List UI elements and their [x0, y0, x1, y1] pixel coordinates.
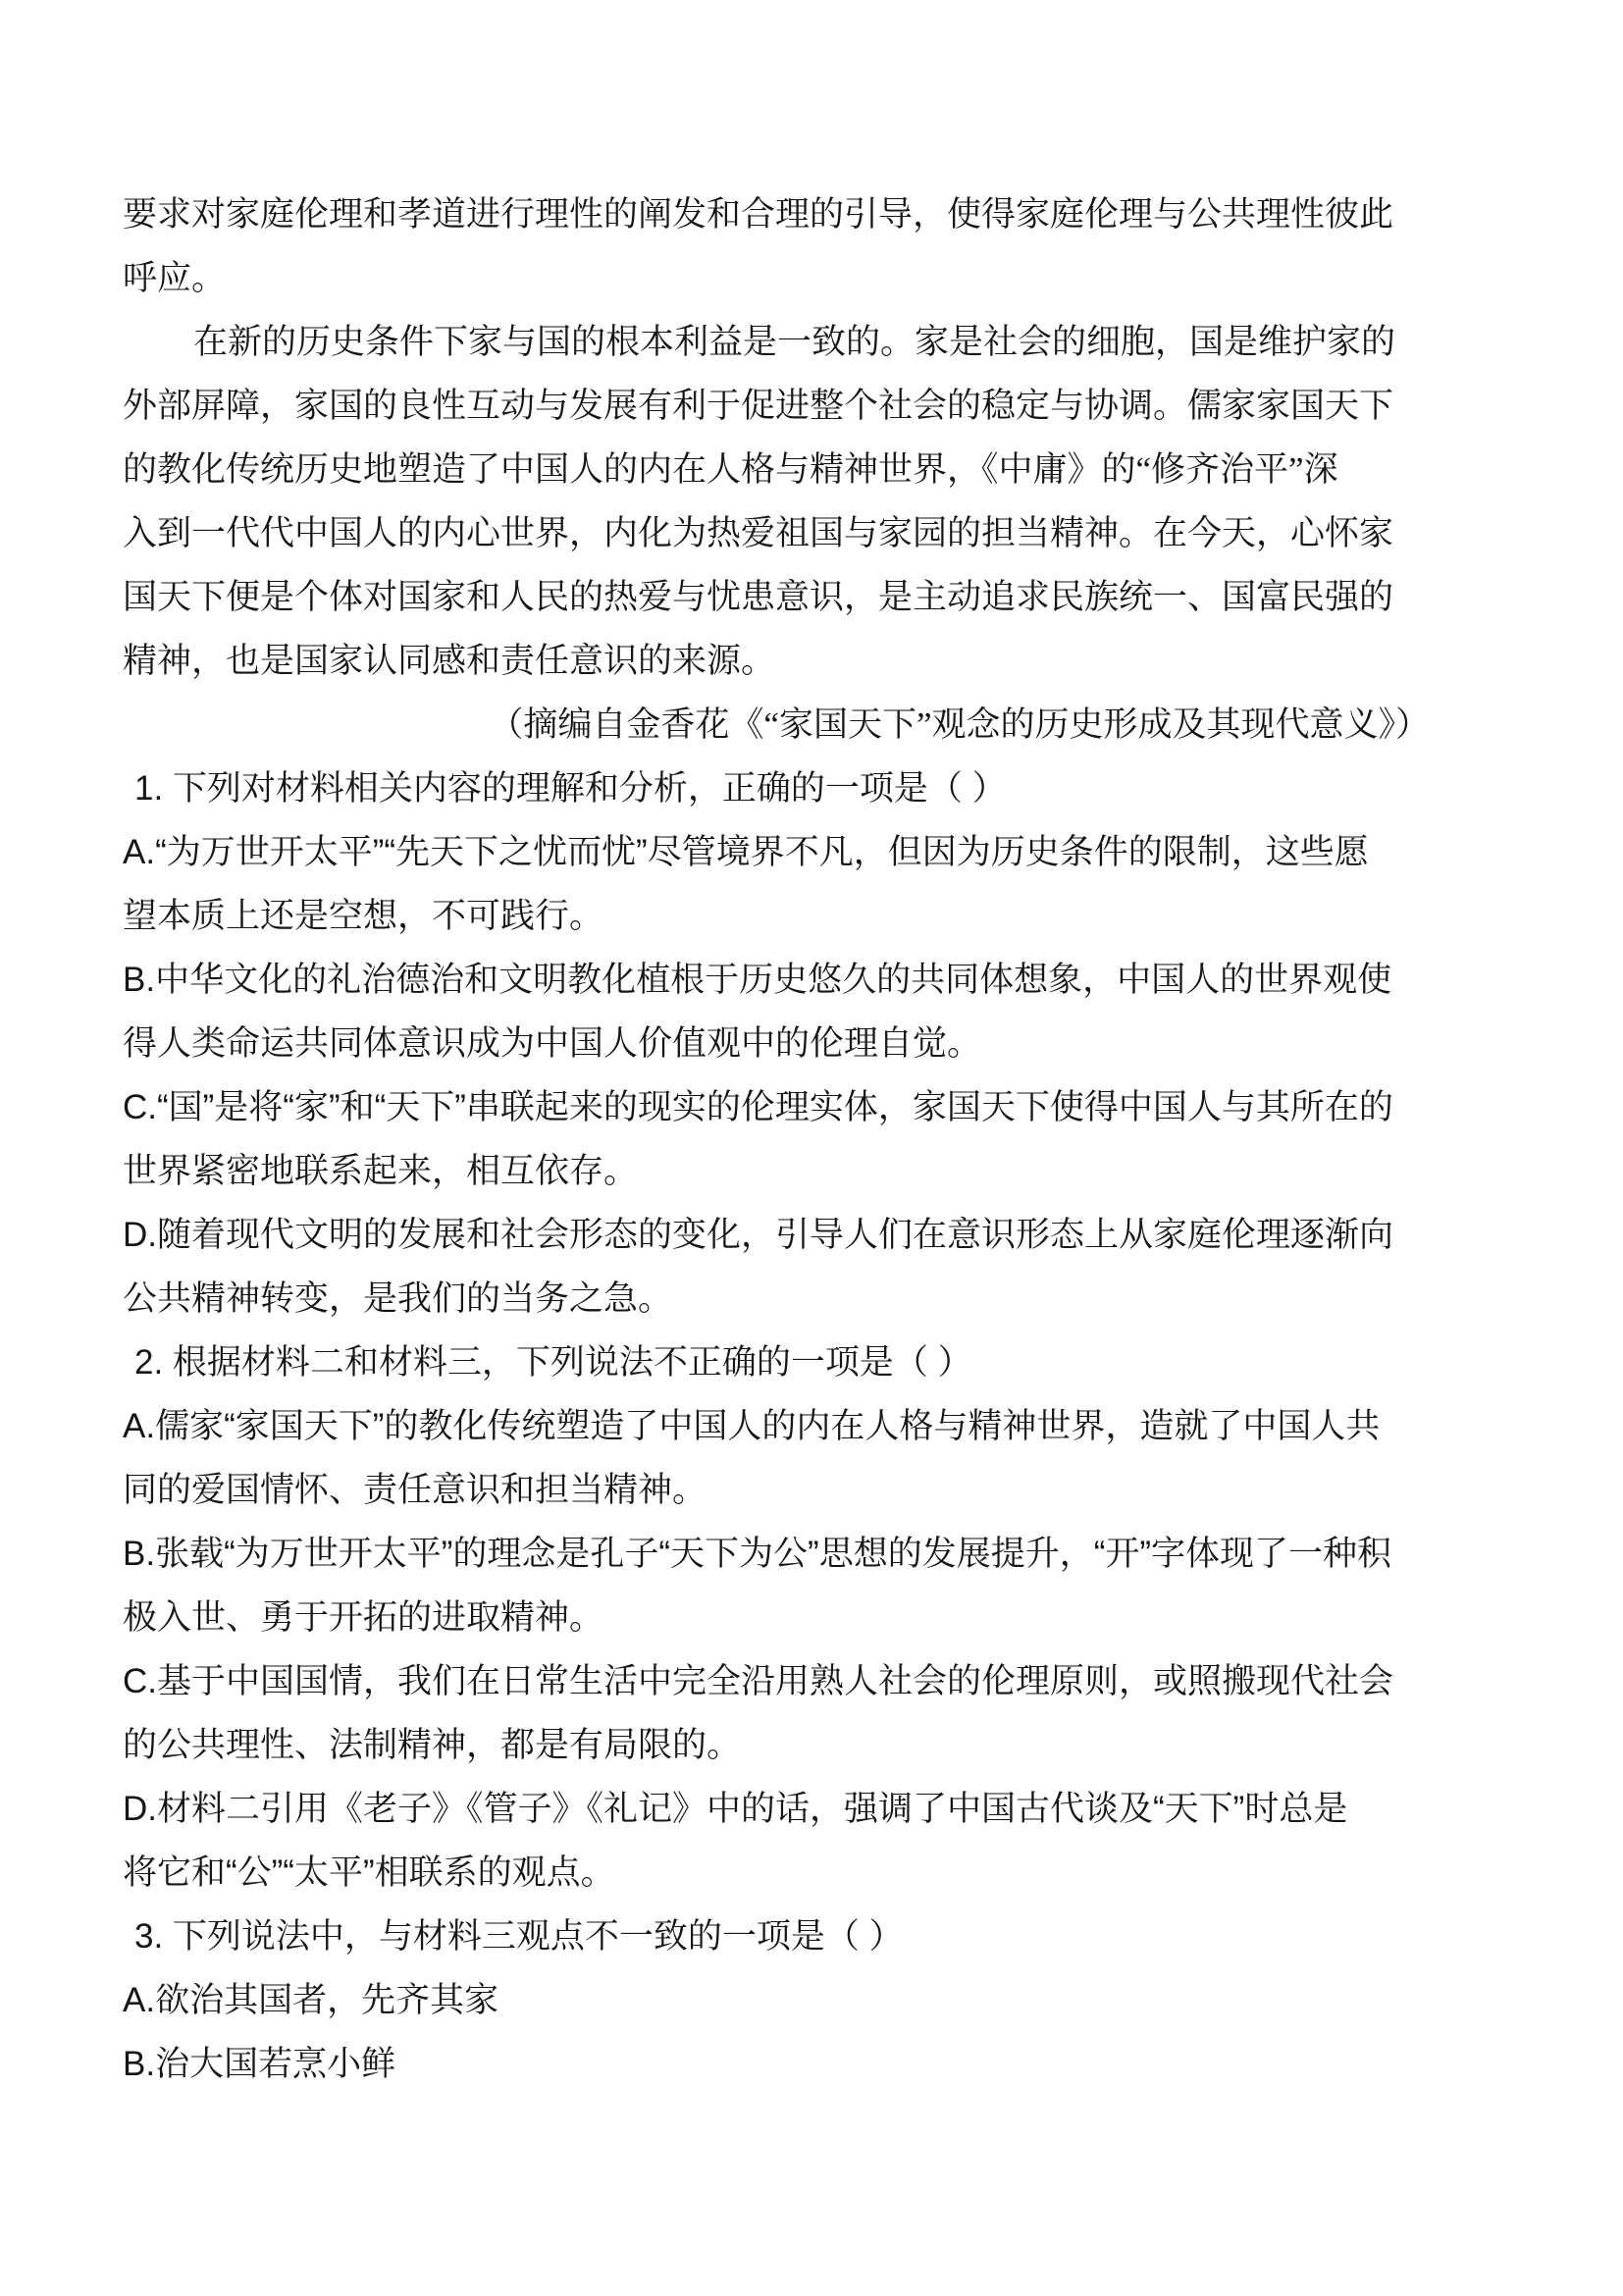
question-1-option-a-line: A.“为万世开太平”“先天下之忧而忧”尽管境界不凡，但因为历史条件的限制，这些愿	[123, 820, 1430, 884]
question-1-option-d-line: 公共精神转变，是我们的当务之急。	[123, 1267, 1430, 1331]
question-1-option-c-line: C.“国”是将“家”和“天下”串联起来的现实的伦理实体，家国天下使得中国人与其所…	[123, 1075, 1430, 1139]
question-2-option-d-line: D.材料二引用《老子》《管子》《礼记》中的话，强调了中国古代谈及“天下”时总是	[123, 1777, 1430, 1841]
question-2-option-a-line: 同的爱国情怀、责任意识和担当精神。	[123, 1458, 1430, 1522]
passage-line: 的教化传统历史地塑造了中国人的内在人格与精神世界，《中庸》的“修齐治平”深	[123, 438, 1430, 501]
attribution-line: （摘编自金香花《“家国天下”观念的历史形成及其现代意义》）	[123, 693, 1430, 757]
question-2-option-b-line: B.张载“为万世开太平”的理念是孔子“天下为公”思想的发展提升，“开”字体现了一…	[123, 1522, 1430, 1586]
passage-line: 外部屏障，家国的良性互动与发展有利于促进整个社会的稳定与协调。儒家家国天下	[123, 374, 1430, 438]
question-2-option-d-line: 将它和“公”“太平”相联系的观点。	[123, 1841, 1430, 1905]
passage-line: 呼应。	[123, 246, 1430, 310]
question-2-option-c-line: C.基于中国国情，我们在日常生活中完全沿用熟人社会的伦理原则，或照搬现代社会	[123, 1649, 1430, 1713]
question-3-stem: 3. 下列说法中，与材料三观点不一致的一项是（ ）	[123, 1905, 1430, 1968]
question-1-option-c-line: 世界紧密地联系起来，相互依存。	[123, 1139, 1430, 1203]
question-3-option-a-line: A.欲治其国者，先齐其家	[123, 1968, 1430, 2032]
passage-line: 入到一代代中国人的内心世界，内化为热爱祖国与家园的担当精神。在今天，心怀家	[123, 501, 1430, 565]
question-1-option-a-line: 望本质上还是空想，不可践行。	[123, 884, 1430, 948]
question-2-option-b-line: 极入世、勇于开拓的进取精神。	[123, 1586, 1430, 1649]
question-3-option-b-line: B.治大国若烹小鲜	[123, 2032, 1430, 2096]
question-2-stem: 2. 根据材料二和材料三，下列说法不正确的一项是（ ）	[123, 1331, 1430, 1394]
passage-line: 在新的历史条件下家与国的根本利益是一致的。家是社会的细胞，国是维护家的	[123, 310, 1430, 374]
question-2-option-a-line: A.儒家“家国天下”的教化传统塑造了中国人的内在人格与精神世界，造就了中国人共	[123, 1394, 1430, 1458]
document-page: 要求对家庭伦理和孝道进行理性的阐发和合理的引导，使得家庭伦理与公共理性彼此 呼应…	[0, 0, 1623, 2296]
question-2-option-c-line: 的公共理性、法制精神，都是有局限的。	[123, 1713, 1430, 1777]
question-1-option-b-line: 得人类命运共同体意识成为中国人价值观中的伦理自觉。	[123, 1012, 1430, 1075]
passage-line: 精神，也是国家认同感和责任意识的来源。	[123, 629, 1430, 693]
passage-line: 要求对家庭伦理和孝道进行理性的阐发和合理的引导，使得家庭伦理与公共理性彼此	[123, 183, 1430, 246]
question-1-stem: 1. 下列对材料相关内容的理解和分析，正确的一项是（ ）	[123, 757, 1430, 820]
question-1-option-d-line: D.随着现代文明的发展和社会形态的变化，引导人们在意识形态上从家庭伦理逐渐向	[123, 1203, 1430, 1267]
question-1-option-b-line: B.中华文化的礼治德治和文明教化植根于历史悠久的共同体想象，中国人的世界观使	[123, 948, 1430, 1012]
passage-line: 国天下便是个体对国家和人民的热爱与忧患意识，是主动追求民族统一、国富民强的	[123, 565, 1430, 629]
text-block: 要求对家庭伦理和孝道进行理性的阐发和合理的引导，使得家庭伦理与公共理性彼此 呼应…	[123, 183, 1430, 2096]
